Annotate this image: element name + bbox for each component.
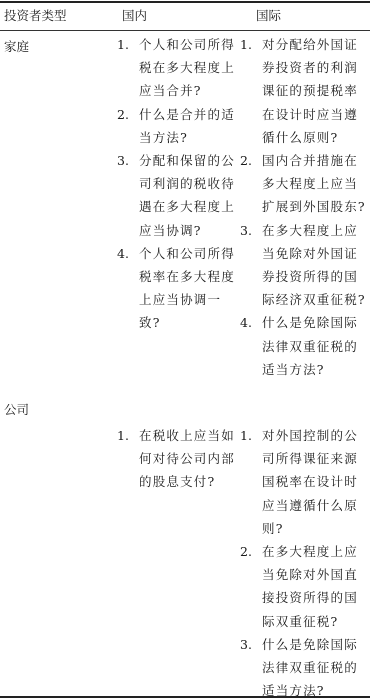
header-international: 国际 [256, 7, 281, 25]
list-item: 1.个人和公司所得税在多大程度上应当合并? [117, 33, 241, 103]
list-item: 1.在税收上应当如何对待公司内部的股息支付? [117, 424, 241, 494]
list-item: 3.在多大程度上应当免除对外国证券投资所得的国际经济双重征税? [240, 219, 368, 312]
list-item: 2.什么是合并的适当方法? [117, 103, 241, 149]
table-top-rule [0, 1, 370, 3]
company-domestic-list: 1.在税收上应当如何对待公司内部的股息支付? [117, 424, 241, 494]
list-item: 4.什么是免除国际法律双重征税的适当方法? [240, 311, 368, 381]
list-item: 1.对分配给外国证券投资者的利润课征的预提税率在设计时应当遵循什么原则? [240, 33, 368, 149]
table-bottom-rule [0, 696, 370, 698]
household-international-list: 1.对分配给外国证券投资者的利润课征的预提税率在设计时应当遵循什么原则? 2.国… [240, 33, 368, 381]
header-investor-type: 投资者类型 [4, 7, 67, 25]
list-item: 2.在多大程度上应当免除对外国直接投资所得的国际双重征税? [240, 540, 368, 633]
list-item: 4.个人和公司所得税率在多大程度上应当协调一致? [117, 242, 241, 335]
company-international-list: 1.对外国控制的公司所得课征来源国税率在设计时应当遵循什么原则? 2.在多大程度… [240, 424, 368, 700]
list-item: 3.分配和保留的公司利润的税收待遇在多大程度上应当协调? [117, 149, 241, 242]
row-label-household: 家庭 [4, 38, 29, 56]
list-item: 3.什么是免除国际法律双重征税的适当方法? [240, 633, 368, 700]
list-item: 2.国内合并措施在多大程度上应当扩展到外国股东? [240, 149, 368, 219]
list-item: 1.对外国控制的公司所得课征来源国税率在设计时应当遵循什么原则? [240, 424, 368, 540]
header-rule [0, 30, 370, 31]
row-label-company: 公司 [4, 401, 29, 419]
household-domestic-list: 1.个人和公司所得税在多大程度上应当合并? 2.什么是合并的适当方法? 3.分配… [117, 33, 241, 335]
header-domestic: 国内 [122, 7, 147, 25]
